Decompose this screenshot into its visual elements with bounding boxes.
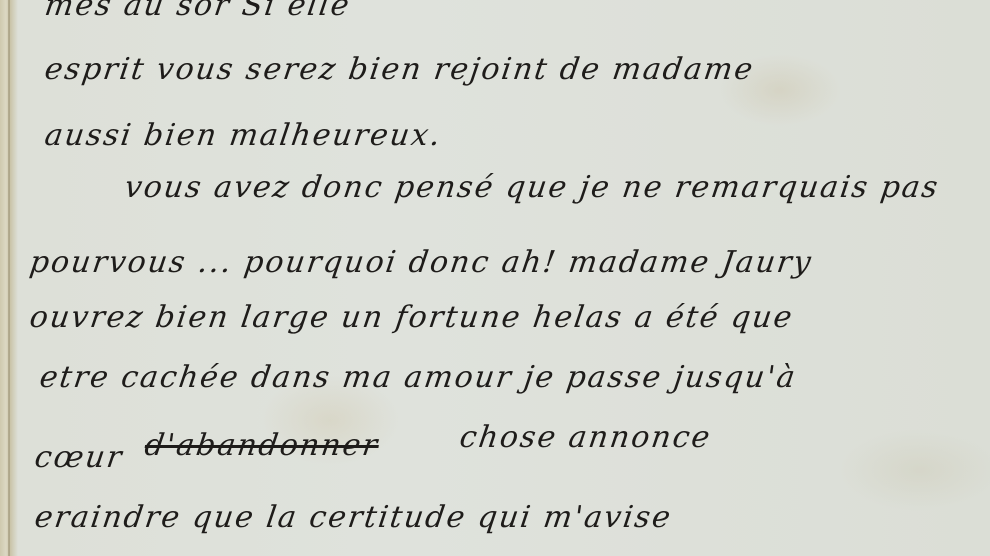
manuscript-line-1: mes au sor Si elle [43,0,354,23]
struck-through-word: d'abandonner [143,428,382,463]
page-margin-edge [8,0,10,556]
manuscript-line-2: esprit vous serez bien rejoint de madame [43,52,757,87]
manuscript-line-5: pourvous ... pourquoi donc ah! madame Ja… [28,245,815,280]
manuscript-line-4: vous avez donc pensé que je ne remarquai… [123,170,942,205]
manuscript-line-8b: chose annonce [458,420,714,455]
manuscript-page: mes au sor Si elle esprit vous serez bie… [0,0,990,556]
manuscript-line-6: ouvrez bien large un fortune helas a été… [28,300,796,335]
manuscript-line-3: aussi bien malheureux. [43,118,445,153]
manuscript-line-8a: cœur [33,440,126,475]
manuscript-line-7: etre cachée dans ma amour je passe jusqu… [38,360,799,395]
manuscript-line-9: eraindre que la certitude qui m'avise [33,500,675,535]
